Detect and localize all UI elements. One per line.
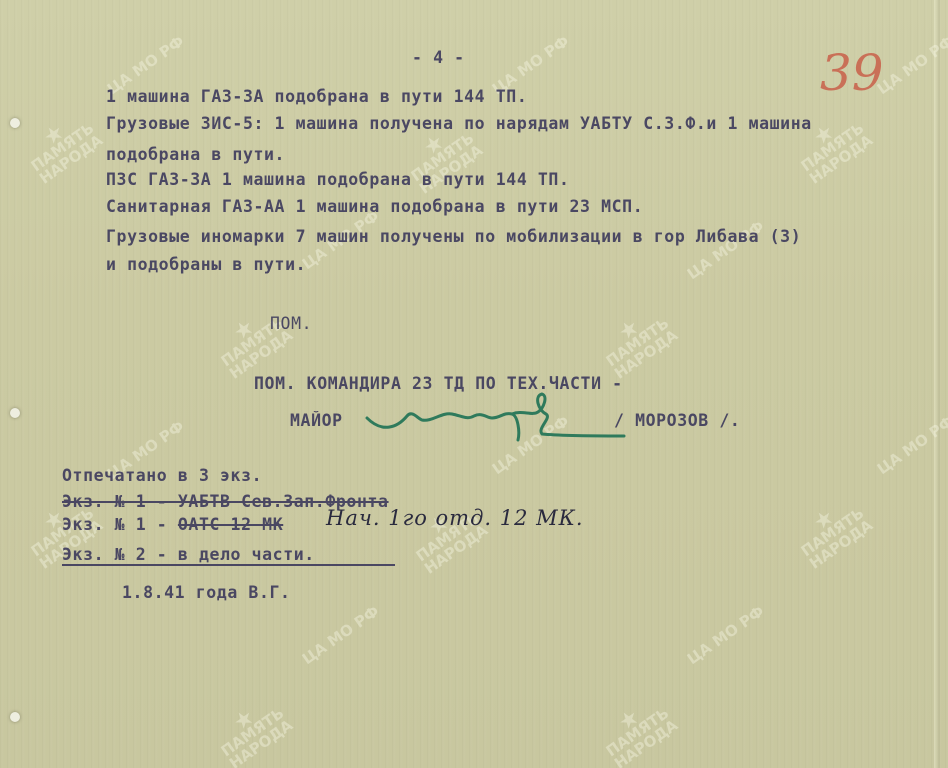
body-line: Грузовые ЗИС-5: 1 машина получена по нар… <box>106 114 812 133</box>
pom-fragment: ПОМ. <box>270 314 312 333</box>
copy-3-line: Экз. № 2 - в дело части. <box>62 545 395 566</box>
archive-page-number: 39 <box>820 44 884 102</box>
punch-hole <box>10 118 20 128</box>
body-line: Грузовые иномарки 7 машин получены по мо… <box>106 227 801 246</box>
date-line: 1.8.41 года В.Г. <box>122 583 291 602</box>
page-number: - 4 - <box>412 48 465 67</box>
copy-2-line: Экз. № 1 - ОАТС 12 МК <box>62 515 283 534</box>
body-line: подобрана в пути. <box>106 145 285 164</box>
copy-2-struck: ОАТС 12 МК <box>178 515 283 534</box>
body-line: Санитарная ГАЗ-АА 1 машина подобрана в п… <box>106 197 643 216</box>
punch-hole <box>10 712 20 722</box>
punch-hole <box>10 408 20 418</box>
handwritten-signature <box>362 388 632 448</box>
copy-2-handwritten-note: Нач. 1го отд. 12 МК. <box>326 506 584 530</box>
body-line: 1 машина ГАЗ-3А подобрана в пути 144 ТП. <box>106 87 527 106</box>
copies-printed: Отпечатано в 3 экз. <box>62 466 262 485</box>
signatory-rank: МАЙОР <box>290 411 343 430</box>
copy-2-prefix: Экз. № 1 - <box>62 515 167 534</box>
page-edge <box>934 0 940 768</box>
body-line: ПЗС ГАЗ-3А 1 машина подобрана в пути 144… <box>106 170 570 189</box>
body-line: и подобраны в пути. <box>106 255 306 274</box>
signatory-name: / МОРОЗОВ /. <box>614 411 740 430</box>
